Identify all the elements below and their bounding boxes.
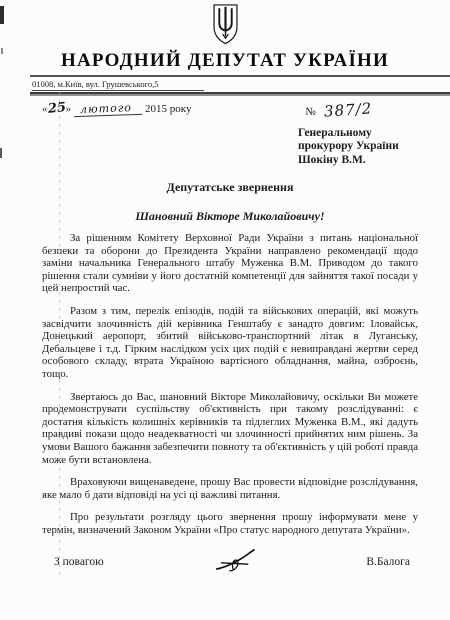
scan-artifact: [1, 48, 3, 54]
body-paragraph: Про результати розгляду цього звернення …: [42, 511, 418, 536]
signer-name: В.Балога: [366, 556, 410, 568]
closing-phrase: З повагою: [54, 556, 104, 568]
document-subject: Депутатське звернення: [42, 180, 418, 195]
salutation: Шановний Вікторе Миколайовичу!: [42, 209, 418, 224]
date-year: 2015 року: [145, 103, 191, 115]
document-number-line: №387/2: [305, 101, 372, 119]
letterhead: НАРОДНИЙ ДЕПУТАТ УКРАЇНИ 01008, м.Київ, …: [0, 0, 450, 94]
scan-artifact: [0, 148, 2, 158]
body-paragraph: Звертаюсь до Вас, шановний Вікторе Микол…: [42, 391, 418, 467]
letterhead-address-row: 01008, м.Київ, вул. Грушевського,5: [32, 77, 450, 92]
letter-page: НАРОДНИЙ ДЕПУТАТ УКРАЇНИ 01008, м.Київ, …: [0, 0, 450, 620]
handwritten-month: лютого: [74, 100, 142, 116]
signature-icon: [206, 546, 264, 577]
handwritten-number: 387/2: [323, 99, 372, 120]
page-fold-line: [59, 84, 60, 576]
number-sign: №: [305, 106, 316, 118]
date-line: «25»лютого2015 року: [42, 101, 191, 116]
letter-body: За рішенням Комітету Верховної Ради Укра…: [42, 232, 418, 536]
letterhead-address: 01008, м.Київ, вул. Грушевського,5: [32, 79, 204, 91]
scan-artifact: [0, 6, 4, 24]
recipient-block: Генеральному прокурору України Шокіну В.…: [298, 127, 418, 168]
recipient-line: Шокіну В.М.: [298, 154, 418, 168]
body-paragraph: Враховуючи вищенаведене, прошу Вас прове…: [42, 476, 418, 501]
signature-row: З повагою В.Балога: [42, 546, 418, 577]
body-paragraph: За рішенням Комітету Верховної Ради Укра…: [42, 232, 418, 295]
body-paragraph: Разом з тим, перелік епізодів, подій та …: [42, 305, 418, 381]
handwritten-day: 25: [47, 100, 67, 117]
meta-row: «25»лютого2015 року №387/2: [42, 94, 418, 119]
recipient-line: прокурору України: [298, 140, 418, 154]
ukraine-trident-icon: [0, 3, 450, 50]
letter-content: «25»лютого2015 року №387/2 Генеральному …: [0, 94, 450, 578]
letterhead-title: НАРОДНИЙ ДЕПУТАТ УКРАЇНИ: [0, 50, 450, 71]
recipient-line: Генеральному: [298, 127, 418, 141]
